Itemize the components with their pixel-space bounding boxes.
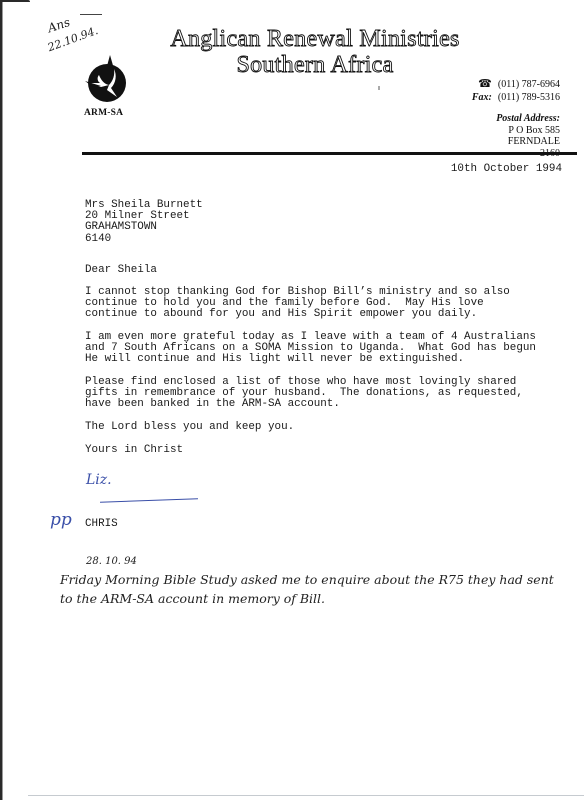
paragraph: Please find enclosed a list of those who… <box>85 377 565 411</box>
scan-corner <box>0 0 30 2</box>
closing: Yours in Christ <box>85 445 183 456</box>
letterhead-divider <box>82 152 577 155</box>
phone-row: ☎ (011) 787-6964 <box>464 78 560 91</box>
signer-name: CHRIS <box>85 519 118 530</box>
telephone-icon: ☎ <box>464 78 492 91</box>
org-name-line2: Southern Africa <box>150 52 480 78</box>
fax-row: Fax: (011) 789-5316 <box>464 91 560 104</box>
recipient-address: Mrs Sheila Burnett20 Milner StreetGRAHAM… <box>85 200 203 245</box>
fax-label: Fax: <box>464 91 492 104</box>
org-name-line1: Anglican Renewal Ministries <box>150 26 480 52</box>
salutation: Dear Sheila <box>85 265 157 276</box>
fax-number: (011) 789-5316 <box>498 91 560 104</box>
recipient-line: 6140 <box>85 234 203 245</box>
scan-smudge <box>378 86 380 90</box>
letter-date: 10th October 1994 <box>451 164 562 175</box>
handwritten-initials: Ans <box>46 15 72 35</box>
handwritten-pp-mark: pp <box>50 510 72 530</box>
scan-bottom-edge <box>28 795 584 796</box>
signature-underline <box>100 498 198 502</box>
handwritten-note: Friday Morning Bible Study asked me to e… <box>60 570 560 608</box>
phone-number: (011) 787-6964 <box>498 78 560 91</box>
handwritten-signature: Liz. <box>86 472 112 488</box>
organization-name: Anglican Renewal Ministries Southern Afr… <box>150 26 480 78</box>
postal-line: FERNDALE <box>496 136 560 148</box>
paragraph: I cannot stop thanking God for Bishop Bi… <box>85 287 565 321</box>
recipient-line: GRAHAMSTOWN <box>85 222 203 233</box>
contact-block: ☎ (011) 787-6964 Fax: (011) 789-5316 <box>464 78 560 104</box>
scan-edge-shadow <box>2 0 3 800</box>
handwritten-note-date: 28. 10. 94 <box>86 556 137 567</box>
logo-label: ARM-SA <box>84 108 123 118</box>
postal-label: Postal Address: <box>496 113 560 125</box>
dove-in-circle-icon <box>83 53 127 103</box>
paragraph: I am even more grateful today as I leave… <box>85 332 565 366</box>
paragraph: The Lord bless you and keep you. <box>85 422 565 433</box>
handwritten-dash <box>80 14 102 15</box>
postal-line: P O Box 585 <box>496 125 560 137</box>
